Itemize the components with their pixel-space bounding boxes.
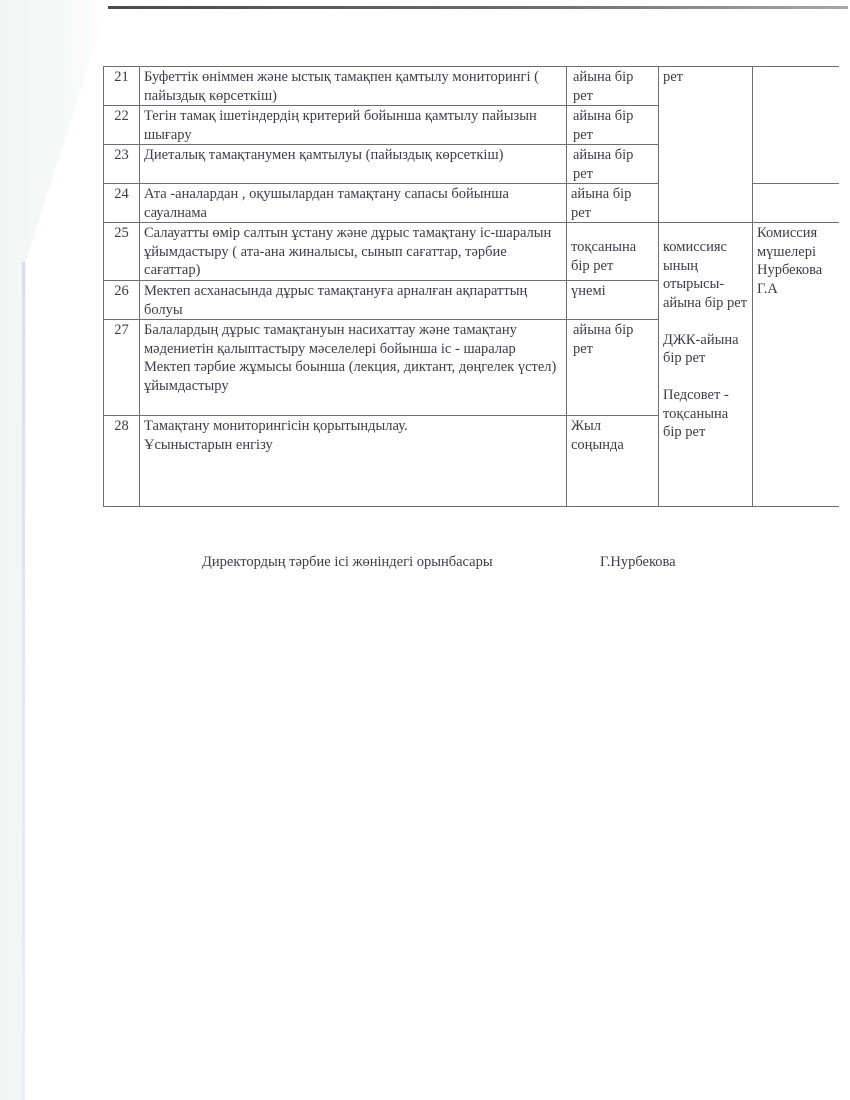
- meeting-cell: комиссияс ының отырысы-айына бір рет ДЖК…: [659, 223, 753, 507]
- responsible-cell-empty: [753, 184, 839, 223]
- responsible-cell-empty: [753, 67, 839, 184]
- period-cell: айына бір рет: [567, 67, 659, 106]
- activity-cell: Мектеп асханасында дұрыс тамақтануға арн…: [140, 281, 567, 320]
- period-text: тоқсанына бір рет: [571, 224, 654, 275]
- row-number: 24: [104, 184, 140, 223]
- row-number: 26: [104, 281, 140, 320]
- activity-cell: Балалардың дұрыс тамақтануын насихаттау …: [140, 320, 567, 416]
- activity-cell: Ата -аналардан , оқушылардан тамақтану с…: [140, 184, 567, 223]
- scan-top-line: [108, 6, 848, 9]
- table-row: 21 Буфеттік өніммен және ыстық тамақпен …: [104, 67, 839, 106]
- period-cell: айына бір рет: [567, 106, 659, 145]
- signer-role: Директордың тәрбие ісі жөніндегі орынбас…: [202, 554, 493, 571]
- period-cell: айына бір рет: [567, 320, 659, 416]
- period-cell: айына бір рет: [567, 184, 659, 223]
- row-number: 25: [104, 223, 140, 281]
- row-number: 27: [104, 320, 140, 416]
- responsible-cell: Комиссия мүшелері Нурбекова Г.А: [753, 223, 839, 507]
- activity-plan-table: 21 Буфеттік өніммен және ыстық тамақпен …: [103, 66, 839, 507]
- activity-cell: Тамақтану мониторингісін қорытындылау. Ұ…: [140, 416, 567, 507]
- row-number: 21: [104, 67, 140, 106]
- period-cell: Жыл соңында: [567, 416, 659, 507]
- period-cell: айына бір рет: [567, 145, 659, 184]
- row-number: 28: [104, 416, 140, 507]
- activity-cell: Буфеттік өніммен және ыстық тамақпен қам…: [140, 67, 567, 106]
- meeting-cell-top: рет: [659, 67, 753, 223]
- activity-cell: Тегін тамақ ішетіндердің критерий бойынш…: [140, 106, 567, 145]
- signer-name: Г.Нурбекова: [600, 554, 676, 571]
- activity-cell: Диеталық тамақтанумен қамтылуы (пайыздық…: [140, 145, 567, 184]
- row-number: 23: [104, 145, 140, 184]
- period-cell: үнемі: [567, 281, 659, 320]
- scanner-edge: [22, 262, 25, 1100]
- activity-cell: Салауатты өмір салтын ұстану және дұрыс …: [140, 223, 567, 281]
- scanner-shadow: [0, 0, 110, 1100]
- period-cell: тоқсанына бір рет: [567, 223, 659, 281]
- meeting-text: комиссияс ының отырысы-айына бір рет ДЖК…: [663, 224, 748, 442]
- row-number: 22: [104, 106, 140, 145]
- table-row: 25 Салауатты өмір салтын ұстану және дұр…: [104, 223, 839, 281]
